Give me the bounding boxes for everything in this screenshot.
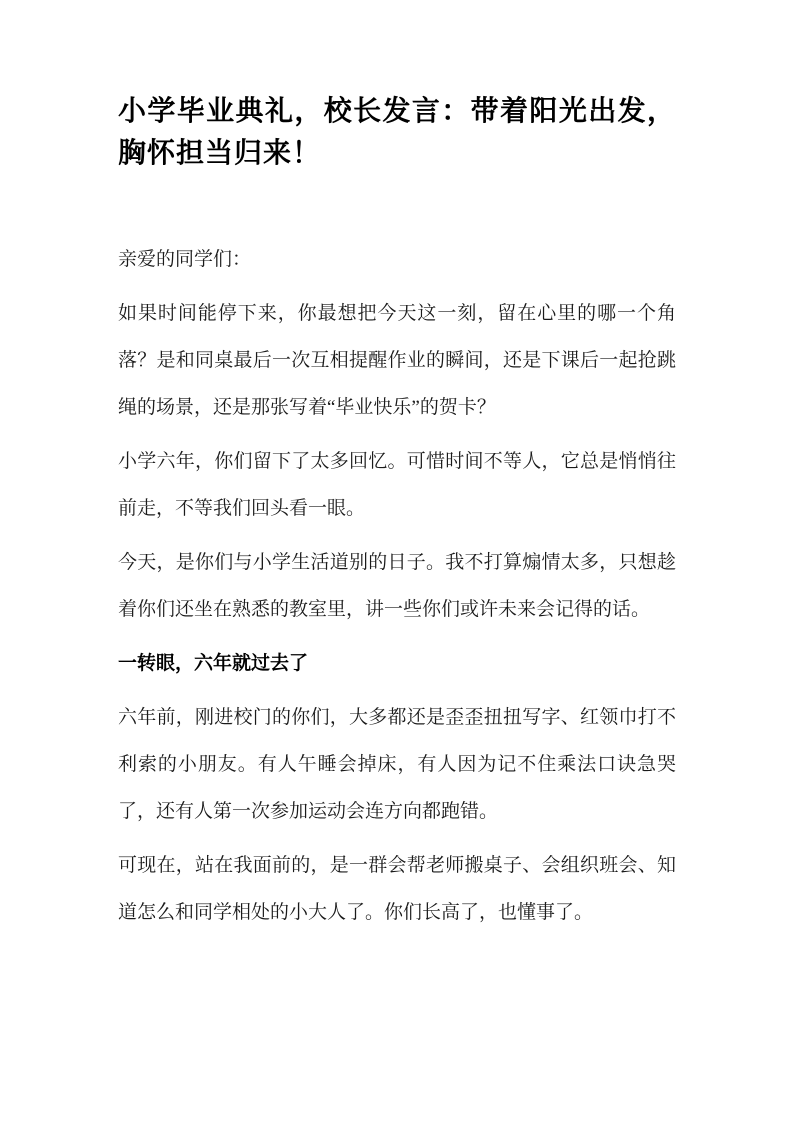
salutation-paragraph: 亲爱的同学们： [118,236,676,283]
document-title: 小学毕业典礼，校长发言：带着阳光出发，胸怀担当归来！ [118,91,676,175]
section-heading: 一转眼，六年就过去了 [118,640,676,687]
body-paragraph: 如果时间能停下来，你最想把今天这一刻，留在心里的哪一个角落？是和同桌最后一次互相… [118,290,676,431]
body-paragraph: 今天，是你们与小学生活道别的日子。我不打算煽情太多，只想趁着你们还坐在熟悉的教室… [118,539,676,633]
body-paragraph: 可现在，站在我面前的，是一群会帮老师搬桌子、会组织班会、知道怎么和同学相处的小大… [118,842,676,936]
document-page: 小学毕业典礼，校长发言：带着阳光出发，胸怀担当归来！ 亲爱的同学们： 如果时间能… [0,0,793,1122]
body-paragraph: 小学六年，你们留下了太多回忆。可惜时间不等人，它总是悄悄往前走，不等我们回头看一… [118,438,676,532]
body-paragraph: 六年前，刚进校门的你们，大多都还是歪歪扭扭写字、红领巾打不利索的小朋友。有人午睡… [118,694,676,835]
